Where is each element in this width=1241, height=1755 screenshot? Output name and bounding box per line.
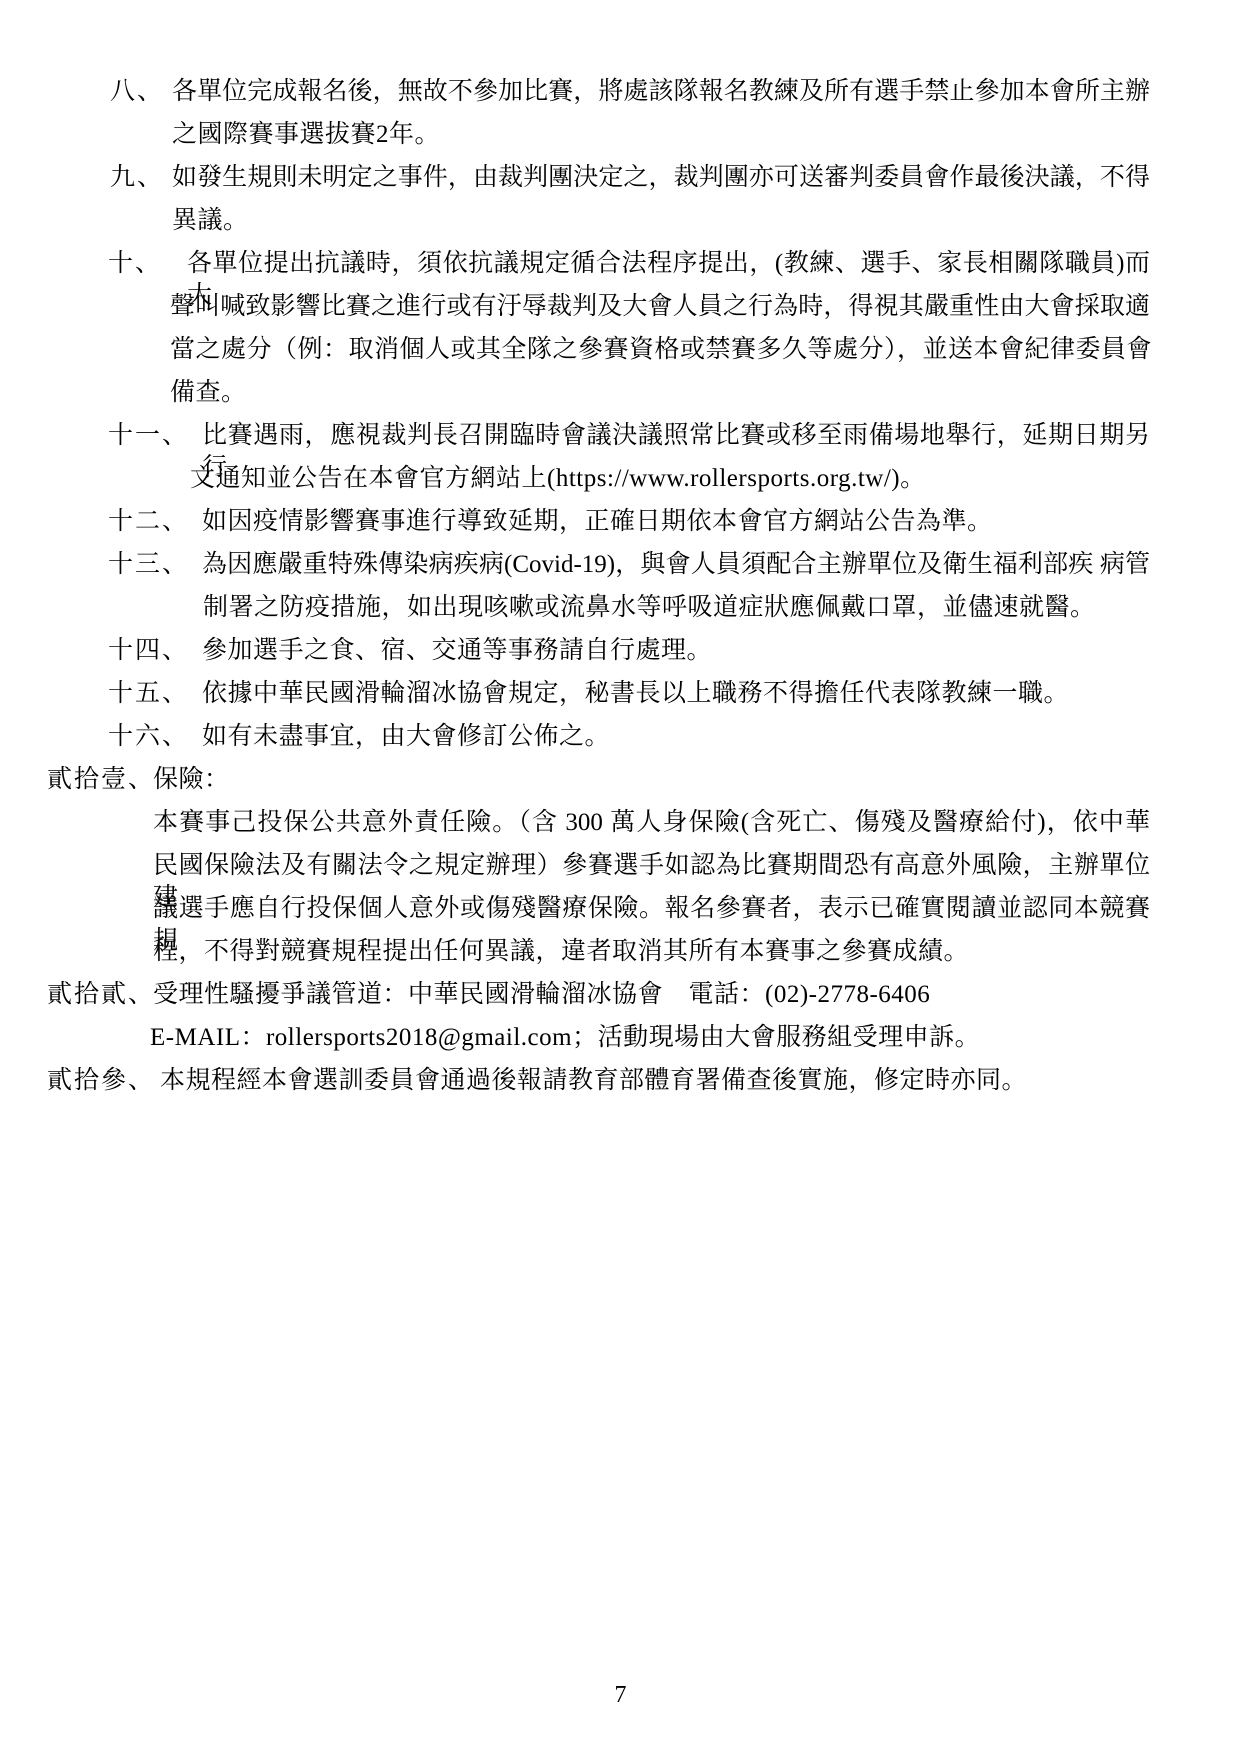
document-line: 受理性騷擾爭議管道：中華民國滑輪溜冰協會 電話：(02)-2778-6406 xyxy=(153,979,930,1011)
document-line: 如有未盡事宜，由大會修訂公佈之。 xyxy=(202,721,610,753)
document-line: 各單位完成報名後，無故不參加比賽，將處該隊報名教練及所有選手禁止參加本會所主辦 xyxy=(172,76,1150,108)
document-line: 參加選手之食、宿、交通等事務請自行處理。 xyxy=(202,635,712,667)
item-number: 十六、 xyxy=(108,721,189,753)
document-line: 制署之防疫措施，如出現咳嗽或流鼻水等呼吸道症狀應佩戴口罩，並儘速就醫。 xyxy=(203,592,1096,624)
document-line: 聲叫喊致影響比賽之進行或有汙辱裁判及大會人員之行為時，得視其嚴重性由大會採取適 xyxy=(170,291,1150,323)
document-page: 7 各單位完成報名後，無故不參加比賽，將處該隊報名教練及所有選手禁止參加本會所主… xyxy=(0,0,1241,1755)
item-number: 十、 xyxy=(108,248,162,280)
document-line: 保險： xyxy=(153,764,230,796)
item-number: 十三、 xyxy=(108,549,189,581)
document-line: 異議。 xyxy=(172,205,249,237)
document-line: 當之處分（例：取消個人或其全隊之參賽資格或禁賽多久等處分），並送本會紀律委員會 xyxy=(170,334,1152,366)
document-line: 如因疫情影響賽事進行導致延期，正確日期依本會官方網站公告為準。 xyxy=(202,506,993,538)
document-line: 備查。 xyxy=(170,377,247,409)
item-number: 十二、 xyxy=(108,506,189,538)
item-number: 十一、 xyxy=(108,420,189,452)
item-number: 十四、 xyxy=(108,635,189,667)
document-line: E-MAIL：rollersports2018@gmail.com；活動現場由大… xyxy=(150,1022,980,1054)
document-line: 程，不得對競賽規程提出任何異議，違者取消其所有本賽事之參賽成績。 xyxy=(153,936,969,968)
item-number: 八、 xyxy=(110,76,164,108)
document-line: 本賽事己投保公共意外責任險。（含 300 萬人身保險(含死亡、傷殘及醫療給付)，… xyxy=(153,807,1150,839)
document-line: 文通知並公告在本會官方網站上(https://www.rollersports.… xyxy=(190,463,926,495)
document-line: 本規程經本會選訓委員會通過後報請教育部體育署備查後實施，修定時亦同。 xyxy=(160,1065,1027,1097)
item-number: 貳拾參、 xyxy=(47,1065,155,1097)
document-line: 為因應嚴重特殊傳染病疾病(Covid-19)，與會人員須配合主辦單位及衛生福利部… xyxy=(202,549,1150,581)
document-line: 依據中華民國滑輪溜冰協會規定，秘書長以上職務不得擔任代表隊教練一職。 xyxy=(202,678,1069,710)
item-number: 貳拾貳、 xyxy=(47,979,155,1011)
document-line: 之國際賽事選拔賽2年。 xyxy=(172,119,440,151)
item-number: 十五、 xyxy=(108,678,189,710)
page-number: 7 xyxy=(0,1682,1241,1709)
item-number: 九、 xyxy=(110,162,164,194)
item-number: 貳拾壹、 xyxy=(47,764,155,796)
document-line: 如發生規則未明定之事件，由裁判團決定之，裁判團亦可送審判委員會作最後決議，不得 xyxy=(172,162,1150,194)
